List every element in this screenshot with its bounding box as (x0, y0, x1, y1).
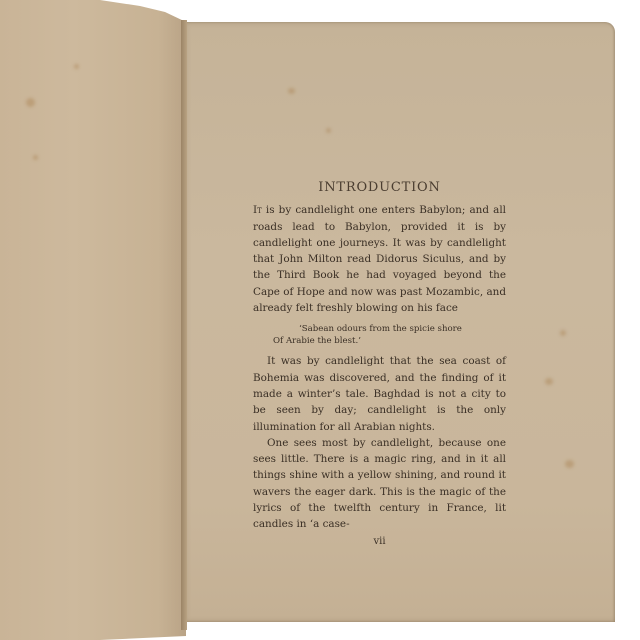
chapter-heading: INTRODUCTION (253, 180, 506, 196)
foxing-spot (565, 460, 574, 468)
drop-word: It (253, 204, 262, 216)
foxing-spot (545, 378, 553, 385)
paragraph-1-text: is by candlelight one enters Babylon; an… (253, 204, 506, 314)
book-spine (181, 20, 187, 630)
page-number: vii (253, 534, 506, 550)
left-page (0, 0, 186, 640)
foxing-spot (326, 128, 331, 133)
quote-line-2: Of Arabie the blest.’ (273, 335, 506, 347)
foxing-spot (74, 64, 79, 69)
paragraph-3: One sees most by candlelight, because on… (253, 435, 506, 533)
quote-line-1: ‘Sabean odours from the spicie shore (273, 323, 506, 335)
foxing-spot (560, 330, 566, 336)
foxing-spot (288, 88, 295, 94)
paragraph-1: It is by candlelight one enters Babylon;… (253, 202, 506, 316)
verse-quote: ‘Sabean odours from the spicie shore Of … (273, 323, 506, 347)
paragraph-2: It was by candlelight that the sea coast… (253, 353, 506, 434)
foxing-spot (33, 155, 38, 160)
foxing-spot (26, 98, 35, 107)
page-text: INTRODUCTION It is by candlelight one en… (253, 180, 506, 550)
